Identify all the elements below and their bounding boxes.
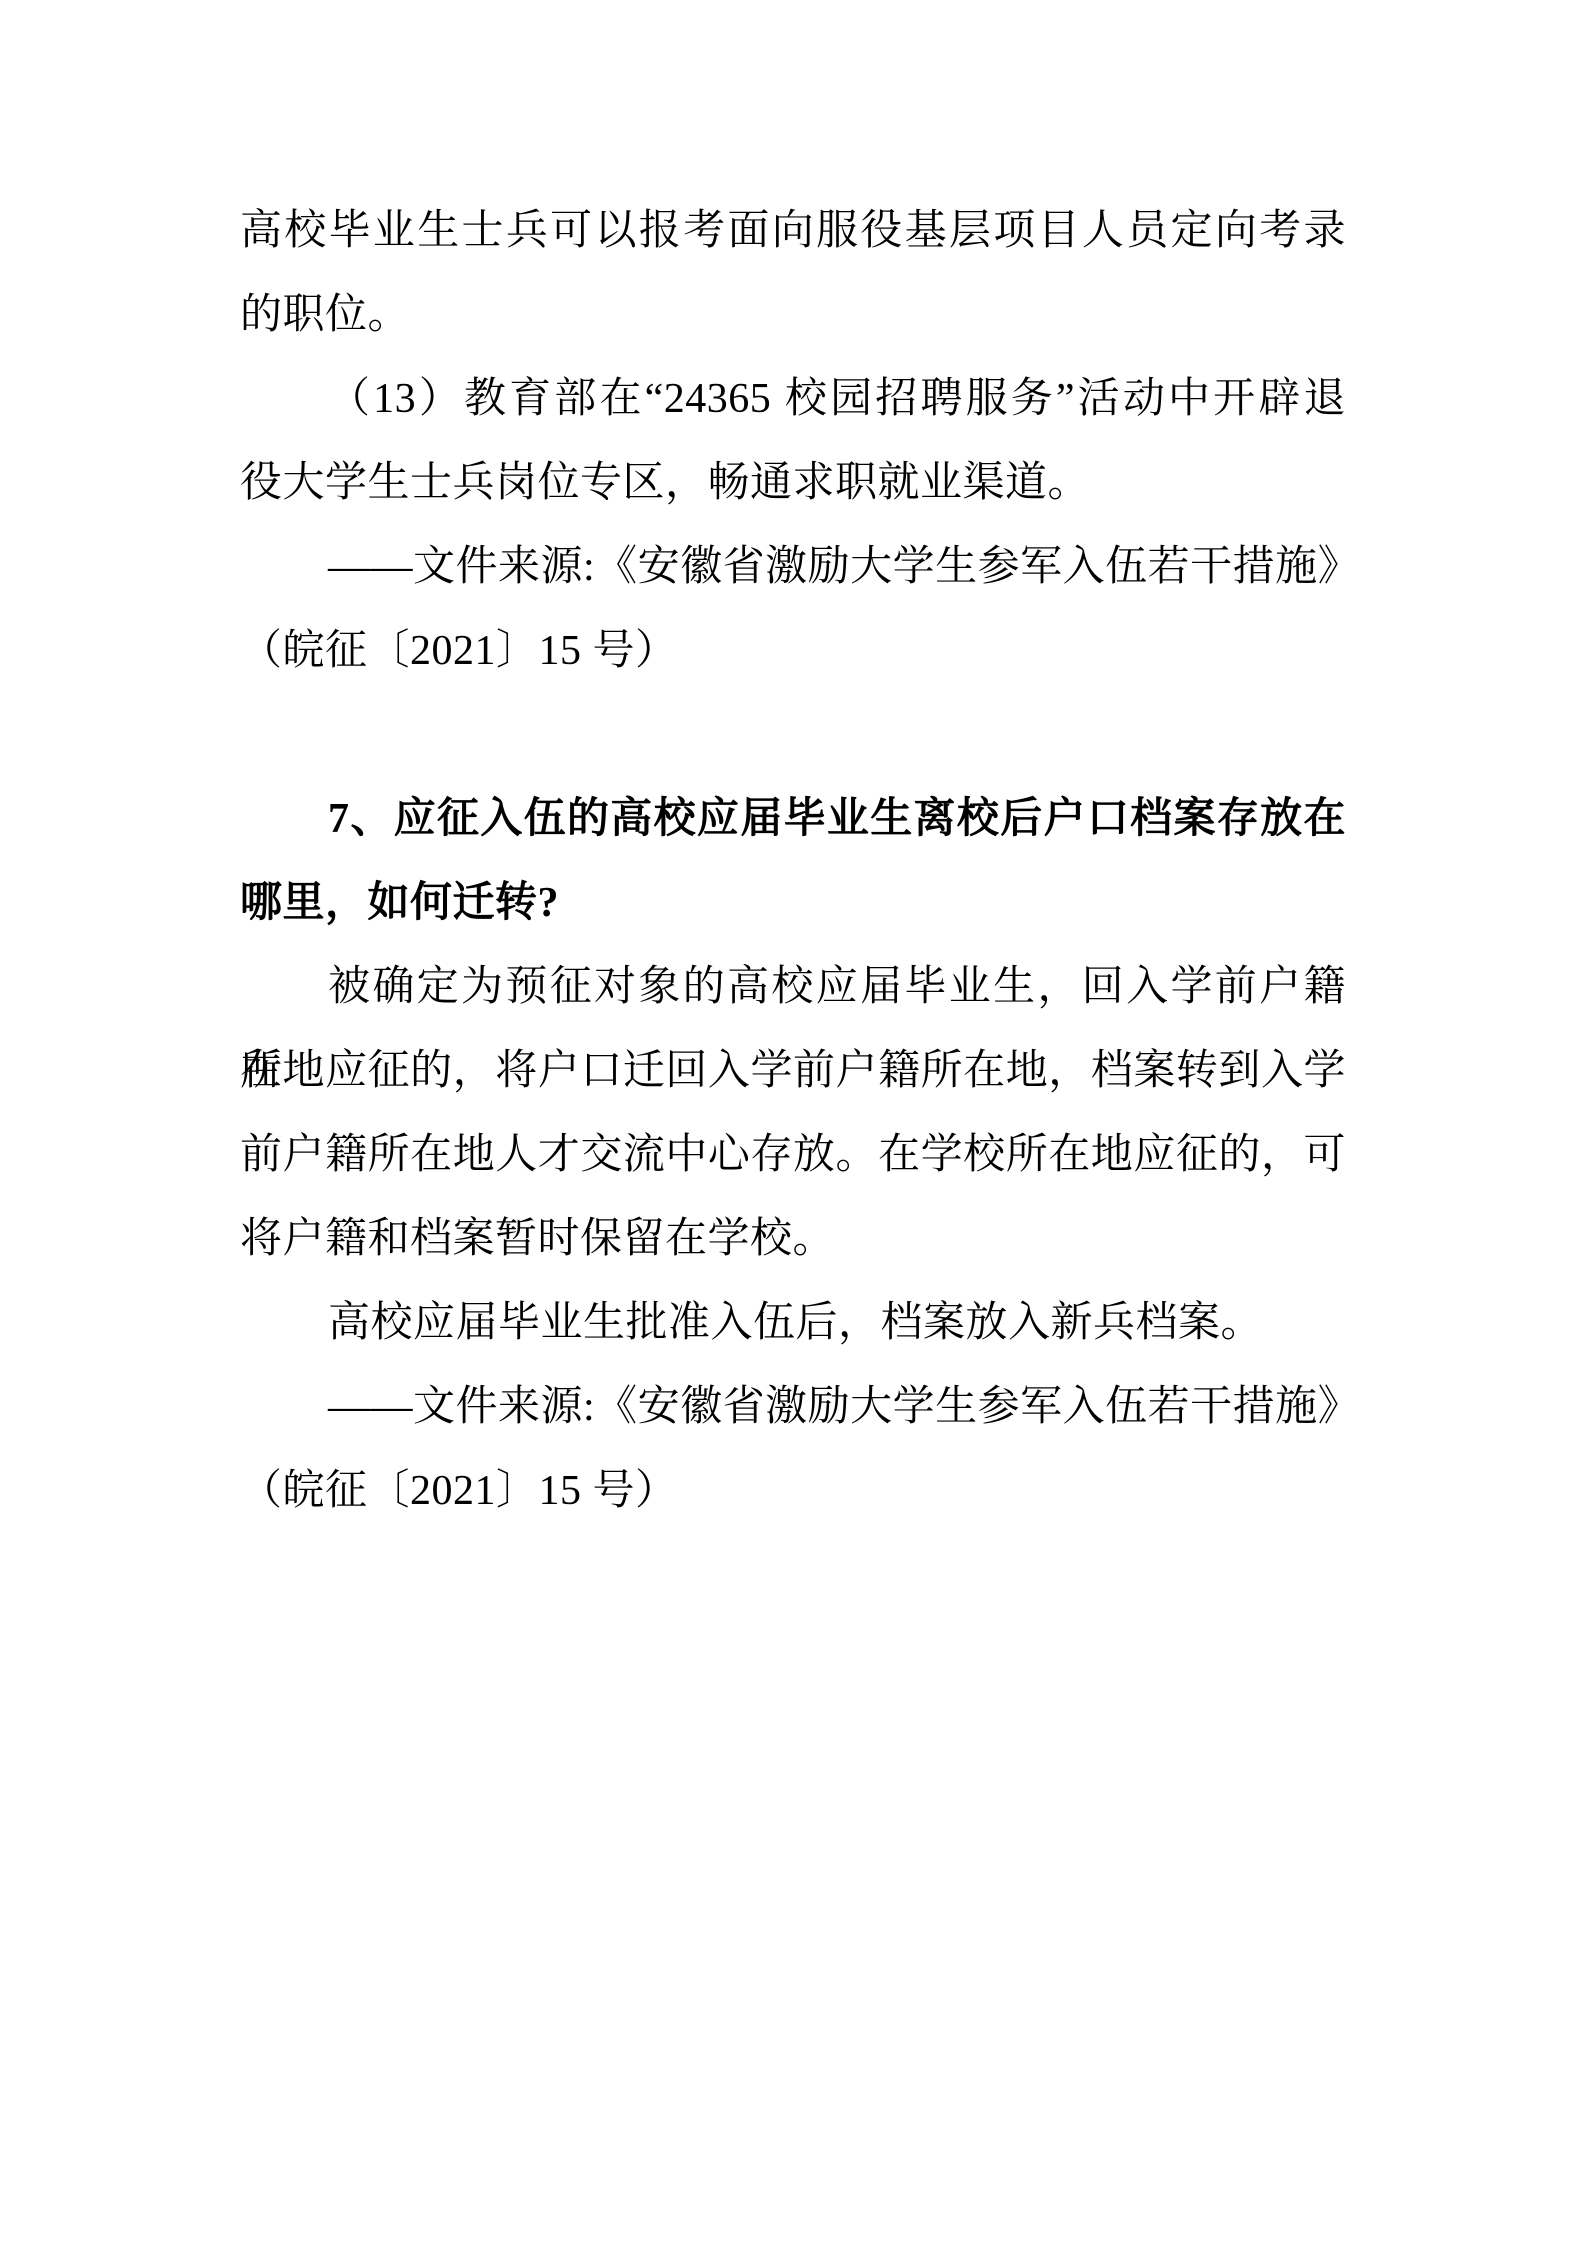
source-citation-line: ——文件来源:《安徽省激励大学生参军入伍若干措施》 [240, 525, 1346, 609]
body-text-line: （13）教育部在“24365 校园招聘服务”活动中开辟退 [240, 357, 1346, 441]
document-number-line: （皖征〔2021〕15 号） [240, 1449, 1346, 1533]
body-text-line: 的职位。 [240, 273, 1346, 357]
body-text-line: 前户籍所在地人才交流中心存放。在学校所在地应征的，可 [240, 1113, 1346, 1197]
document-number-line: （皖征〔2021〕15 号） [240, 609, 1346, 693]
body-text-line: 在地应征的，将户口迁回入学前户籍所在地，档案转到入学 [240, 1029, 1346, 1113]
document-content: 高校毕业生士兵可以报考面向服役基层项目人员定向考录 的职位。 （13）教育部在“… [240, 189, 1346, 1533]
section-heading-line: 7、应征入伍的高校应届毕业生离校后户口档案存放在 [240, 777, 1346, 861]
body-text-line: 将户籍和档案暂时保留在学校。 [240, 1197, 1346, 1281]
body-text-line: 被确定为预征对象的高校应届毕业生，回入学前户籍所 [240, 945, 1346, 1029]
document-page: 高校毕业生士兵可以报考面向服役基层项目人员定向考录 的职位。 （13）教育部在“… [0, 0, 1586, 2245]
body-text-line: 高校毕业生士兵可以报考面向服役基层项目人员定向考录 [240, 189, 1346, 273]
blank-line [240, 693, 1346, 777]
body-text-line: 高校应届毕业生批准入伍后，档案放入新兵档案。 [240, 1281, 1346, 1365]
body-text-line: 役大学生士兵岗位专区，畅通求职就业渠道。 [240, 441, 1346, 525]
source-citation-line: ——文件来源:《安徽省激励大学生参军入伍若干措施》 [240, 1365, 1346, 1449]
section-heading-line: 哪里，如何迁转? [240, 861, 1346, 945]
